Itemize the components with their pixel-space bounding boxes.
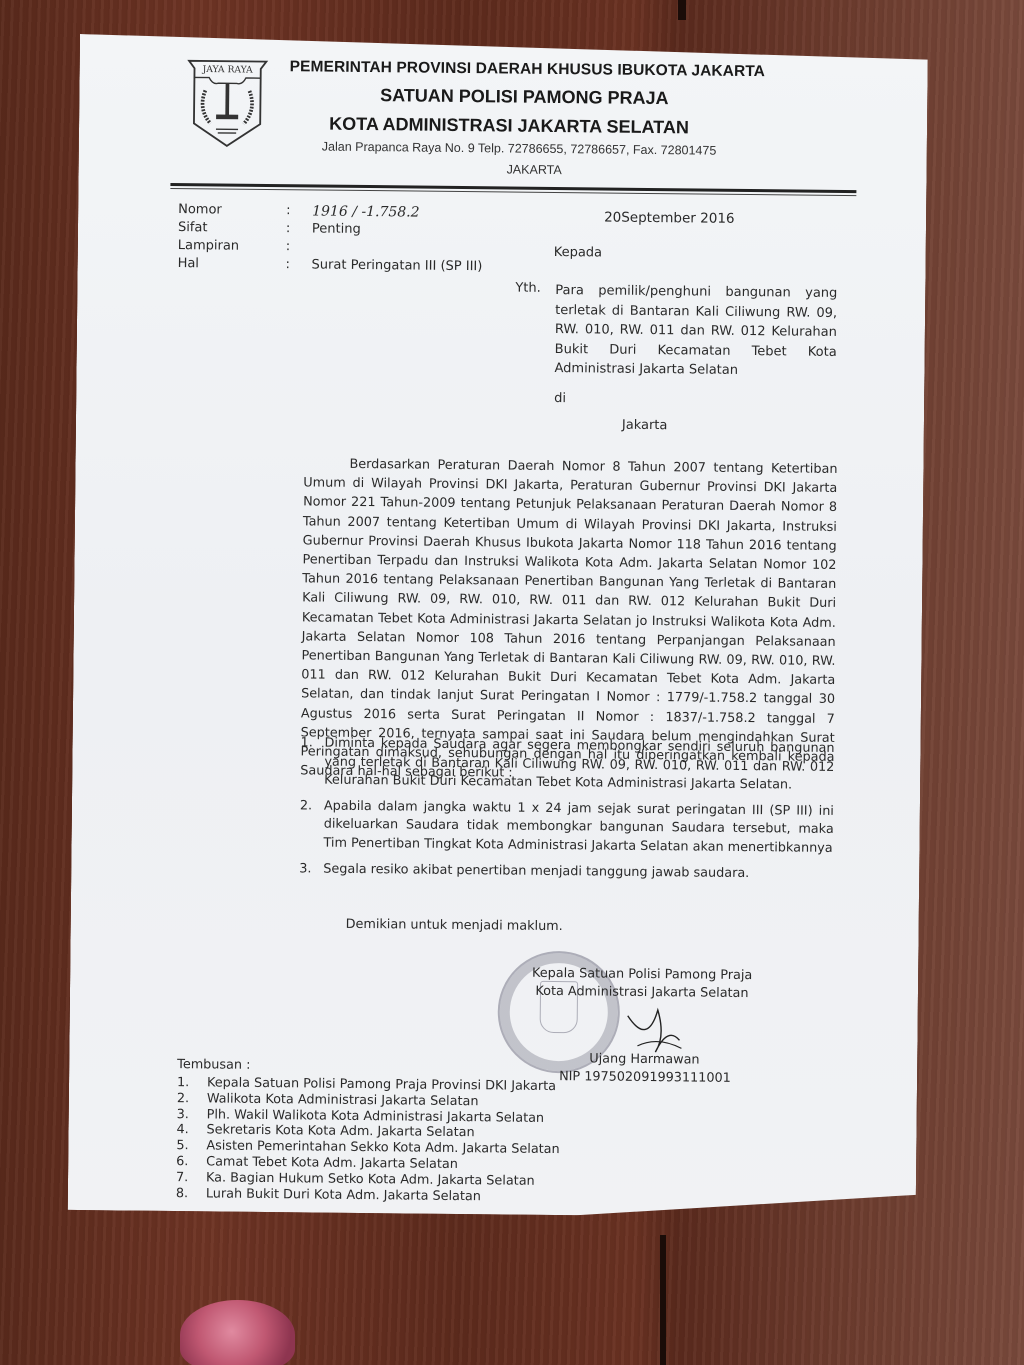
meta-label: Sifat bbox=[178, 219, 286, 238]
meta-colon: : bbox=[286, 220, 312, 238]
recipient-address: Para pemilik/penghuni bangunan yang terl… bbox=[554, 281, 837, 381]
tembusan-list: 1.Kepala Satuan Polisi Pamong Praja Prov… bbox=[176, 1075, 561, 1205]
rose-sticker bbox=[180, 1300, 295, 1365]
meta-label: Nomor bbox=[178, 201, 286, 220]
list-text: Diminta kepada Saudara agar segera membo… bbox=[324, 735, 835, 796]
list-number: 2. bbox=[299, 797, 324, 853]
list-item: 3. Segala resiko akibat penertiban menja… bbox=[299, 860, 833, 884]
meta-colon: : bbox=[285, 256, 311, 274]
letter-meta: Nomor : 1916 / -1.758.2 Sifat : Penting … bbox=[178, 201, 484, 276]
letterhead-address: Jalan Prapanca Raya No. 9 Telp. 72786655… bbox=[322, 140, 717, 158]
meta-value-sifat: Penting bbox=[312, 220, 361, 239]
meta-value-hal: Surat Peringatan III (SP III) bbox=[311, 256, 482, 276]
list-number: 7. bbox=[176, 1170, 206, 1186]
list-item: 1. Diminta kepada Saudara agar segera me… bbox=[300, 734, 835, 795]
meta-colon: : bbox=[286, 238, 312, 256]
list-item: 2. Apabila dalam jangka waktu 1 x 24 jam… bbox=[299, 797, 834, 858]
recipient-yth: Yth. bbox=[515, 281, 541, 296]
meta-value-nomor: 1916 / -1.758.2 bbox=[312, 202, 420, 221]
list-number: 2. bbox=[177, 1091, 207, 1107]
letterhead-line-2: SATUAN POLISI PAMONG PRAJA bbox=[79, 82, 744, 110]
svg-text:JAYA RAYA: JAYA RAYA bbox=[202, 64, 253, 76]
recipient-kepada: Kepada bbox=[554, 245, 602, 261]
list-number: 3. bbox=[177, 1107, 207, 1123]
meta-label: Hal bbox=[178, 255, 286, 274]
recipient-city: Jakarta bbox=[622, 418, 668, 433]
door-gap bbox=[660, 1235, 666, 1365]
tembusan-title: Tembusan : bbox=[177, 1057, 250, 1073]
warning-letter: JAYA RAYA PEMERINTAH PROVINSI DAERAH KHU… bbox=[67, 34, 928, 1243]
door-gap-top bbox=[678, 0, 686, 20]
list-number: 3. bbox=[299, 860, 323, 879]
list-number: 8. bbox=[176, 1186, 206, 1202]
list-number: 1. bbox=[177, 1075, 207, 1091]
letterhead-city: JAKARTA bbox=[507, 162, 562, 177]
recipient-di: di bbox=[554, 391, 566, 406]
letterhead-line-3: KOTA ADMINISTRASI JAKARTA SELATAN bbox=[79, 111, 739, 139]
list-number: 6. bbox=[176, 1154, 206, 1170]
list-number: 4. bbox=[176, 1122, 206, 1138]
list-number: 5. bbox=[176, 1138, 206, 1154]
list-number: 1. bbox=[300, 734, 325, 790]
signatory-title: Kepala Satuan Polisi Pamong Praja Kota A… bbox=[522, 965, 762, 1004]
signatory-title-line-2: Kota Administrasi Jakarta Selatan bbox=[522, 983, 762, 1004]
instruction-list: 1. Diminta kepada Saudara agar segera me… bbox=[299, 734, 835, 891]
list-text: Segala resiko akibat penertiban menjadi … bbox=[323, 860, 833, 884]
letterhead-line-1: PEMERINTAH PROVINSI DAERAH KHUSUS IBUKOT… bbox=[290, 58, 766, 81]
signatory-name: Ujang Harmawan bbox=[589, 1051, 699, 1067]
list-text: Apabila dalam jangka waktu 1 x 24 jam se… bbox=[323, 797, 834, 858]
handwritten-signature-icon bbox=[617, 1006, 688, 1057]
meta-colon: : bbox=[286, 202, 312, 220]
list-text: Lurah Bukit Duri Kota Adm. Jakarta Selat… bbox=[206, 1186, 481, 1205]
letter-date: 20September 2016 bbox=[604, 209, 735, 226]
signatory-nip: NIP 197502091993111001 bbox=[559, 1069, 731, 1086]
meta-row-hal: Hal : Surat Peringatan III (SP III) bbox=[178, 255, 483, 276]
closing-line: Demikian untuk menjadi maklum. bbox=[346, 917, 563, 934]
meta-label: Lampiran bbox=[178, 237, 286, 256]
